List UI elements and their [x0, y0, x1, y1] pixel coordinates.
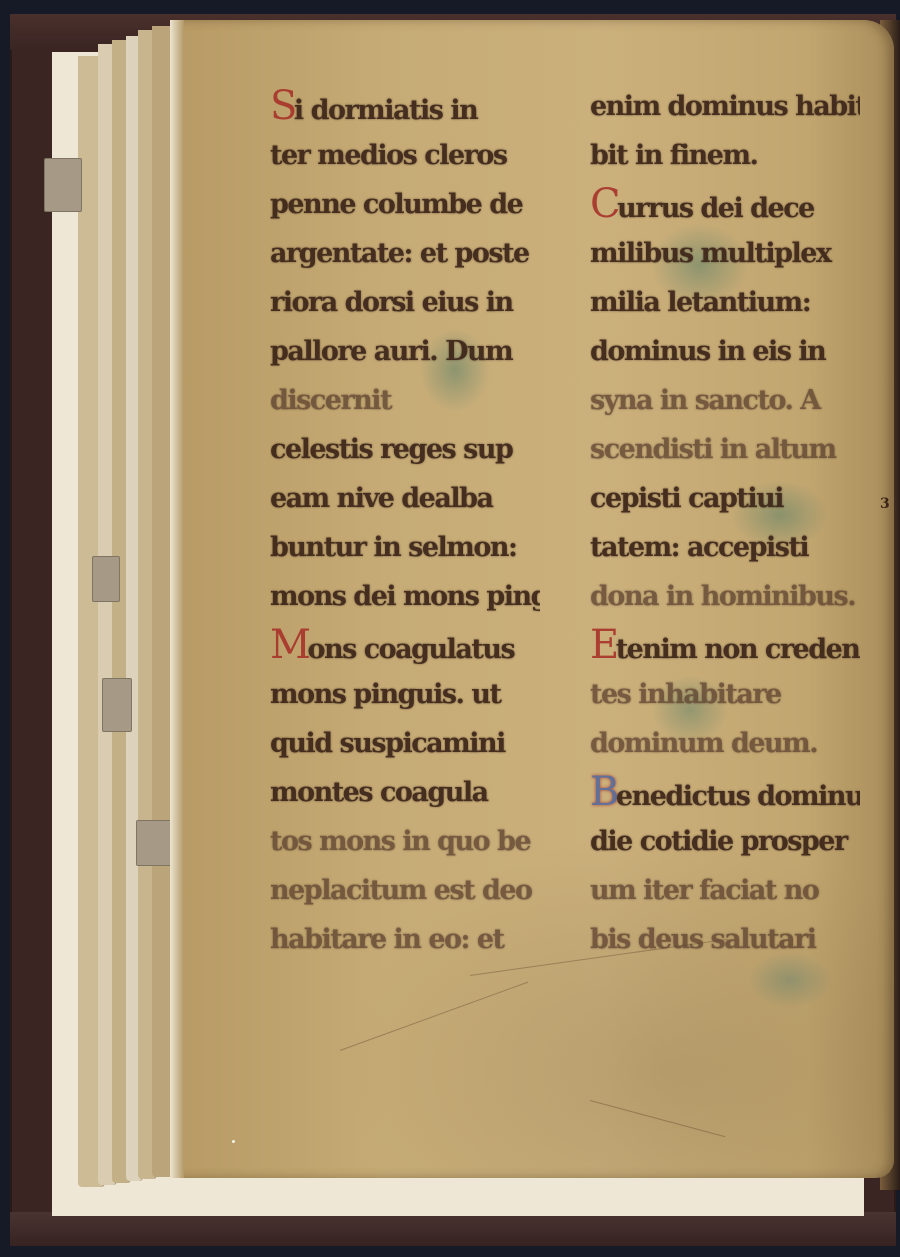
text-column-left: Si dormiatis in ter medios cleros penne … — [270, 82, 540, 964]
text-line: Mons coagulatus — [270, 621, 540, 670]
text-line: bit in finem. — [590, 131, 860, 180]
rubricated-initial: C — [590, 181, 619, 227]
text-line: argentate: et poste — [270, 229, 540, 278]
text-line: discernit — [270, 376, 540, 425]
leaf-tab — [92, 556, 120, 602]
text-line: buntur in selmon: — [270, 523, 540, 572]
text-line: riora dorsi eius in — [270, 278, 540, 327]
text-line: Etenim non creden — [590, 621, 860, 670]
text-line: um iter faciat no — [590, 866, 860, 915]
text-line: pallore auri. Dum — [270, 327, 540, 376]
text-line: quid suspicamini — [270, 719, 540, 768]
text-line: tatem: accepisti — [590, 523, 860, 572]
text-line: eam nive dealba — [270, 474, 540, 523]
text-line: Benedictus dominus — [590, 768, 860, 817]
leaf-tab — [136, 820, 172, 866]
text-line: dona in hominibus. — [590, 572, 860, 621]
text-line: penne columbe de — [270, 180, 540, 229]
text-line: Currus dei dece — [590, 180, 860, 229]
text-line: celestis reges sup — [270, 425, 540, 474]
parchment-speck — [232, 1140, 235, 1143]
text-line: die cotidie prosper — [590, 817, 860, 866]
text-line: scendisti in altum — [590, 425, 860, 474]
text-line: montes coagula — [270, 768, 540, 817]
leaf-tab — [44, 158, 82, 212]
text-line: milia letantium: — [590, 278, 860, 327]
parchment-crack — [340, 982, 528, 1051]
text-column-right: enim dominus habita bit in finem. Currus… — [590, 82, 860, 964]
text-line: dominus in eis in — [590, 327, 860, 376]
text-line: milibus multiplex — [590, 229, 860, 278]
frame-bottom-bevel — [10, 1212, 896, 1246]
text-line: cepisti captiui — [590, 474, 860, 523]
rubricated-initial: M — [270, 622, 309, 668]
text-line: tes inhabitare — [590, 670, 860, 719]
text-line: tos mons in quo be — [270, 817, 540, 866]
text-line: mons dei mons pinguis — [270, 572, 540, 621]
text-line: ter medios cleros — [270, 131, 540, 180]
parchment-crack — [590, 1100, 725, 1137]
rubricated-initial: S — [270, 83, 296, 129]
text-line: Si dormiatis in — [270, 82, 540, 131]
text-line: enim dominus habita — [590, 82, 860, 131]
text-line: habitare in eo: et — [270, 915, 540, 964]
margin-mark: 3 — [880, 496, 890, 512]
decorated-initial: B — [590, 769, 618, 815]
rubricated-initial: E — [590, 622, 618, 668]
text-line: neplacitum est deo — [270, 866, 540, 915]
text-line: syna in sancto. A — [590, 376, 860, 425]
leaf-tab — [102, 678, 132, 732]
text-line: mons pinguis. ut — [270, 670, 540, 719]
text-line: dominum deum. — [590, 719, 860, 768]
text-line: bis deus salutari — [590, 915, 860, 964]
